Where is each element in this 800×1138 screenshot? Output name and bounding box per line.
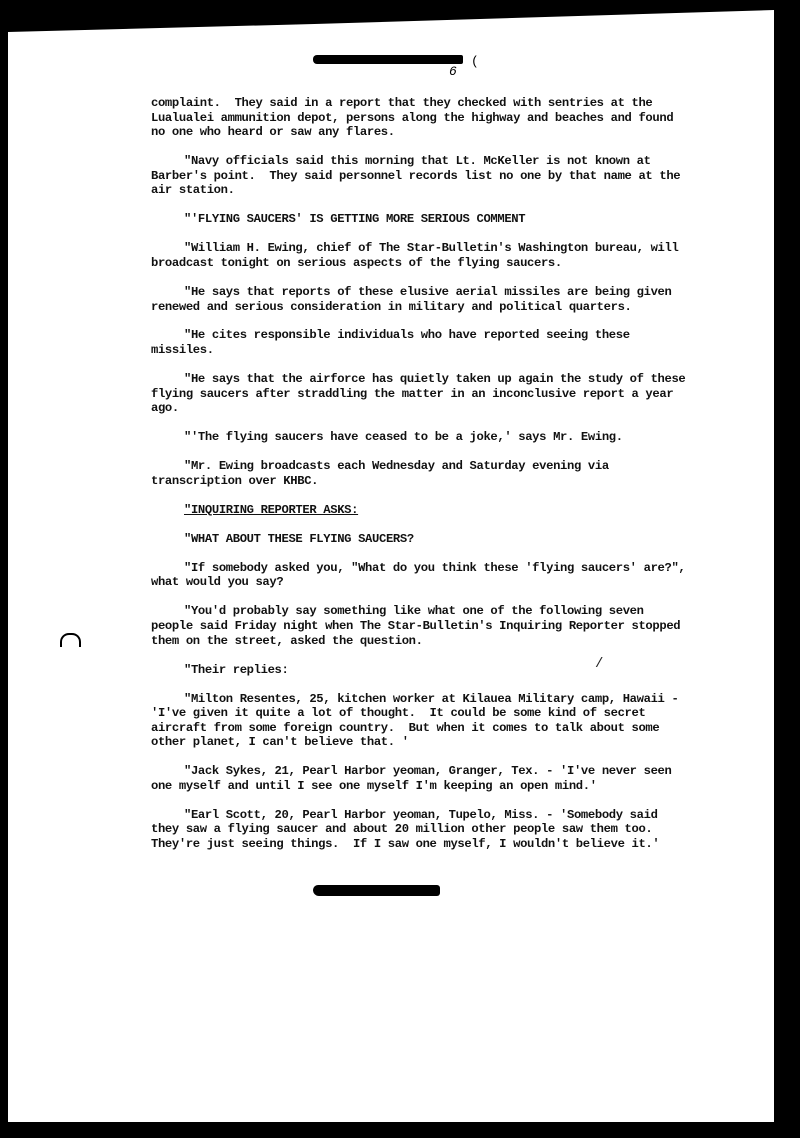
- paragraph-complaint: complaint. They said in a report that th…: [151, 96, 691, 140]
- handwritten-paren-mark: (: [471, 54, 479, 69]
- document-body: complaint. They said in a report that th…: [151, 96, 691, 866]
- paragraph-seven-people: "You'd probably say something like what …: [151, 604, 691, 648]
- paragraph-reply-scott: "Earl Scott, 20, Pearl Harbor yeoman, Tu…: [151, 808, 691, 852]
- paragraph-cites-individuals: "He cites responsible individuals who ha…: [151, 328, 691, 357]
- redaction-bar-top: [313, 55, 463, 64]
- paragraph-reports-consideration: "He says that reports of these elusive a…: [151, 285, 691, 314]
- paragraph-reply-resentes: "Milton Resentes, 25, kitchen worker at …: [151, 692, 691, 750]
- paragraph-ceased-joke: "'The flying saucers have ceased to be a…: [151, 430, 691, 445]
- paragraph-ewing-broadcast: "William H. Ewing, chief of The Star-Bul…: [151, 241, 691, 270]
- redaction-bar-bottom: [313, 885, 440, 896]
- paragraph-question: "If somebody asked you, "What do you thi…: [151, 561, 691, 590]
- page-number-mark: 6: [449, 64, 457, 79]
- paragraph-their-replies: "Their replies:: [151, 663, 691, 678]
- paragraph-broadcast-schedule: "Mr. Ewing broadcasts each Wednesday and…: [151, 459, 691, 488]
- heading-flying-saucers-comment: "'FLYING SAUCERS' IS GETTING MORE SERIOU…: [151, 212, 691, 227]
- paragraph-airforce-study: "He says that the airforce has quietly t…: [151, 372, 691, 416]
- margin-handwritten-mark: [60, 633, 81, 647]
- heading-what-about-saucers: "WHAT ABOUT THESE FLYING SAUCERS?: [151, 532, 691, 547]
- paragraph-reply-sykes: "Jack Sykes, 21, Pearl Harbor yeoman, Gr…: [151, 764, 691, 793]
- paragraph-navy-officials: "Navy officials said this morning that L…: [151, 154, 691, 198]
- heading-inquiring-reporter: "INQUIRING REPORTER ASKS:: [151, 503, 691, 518]
